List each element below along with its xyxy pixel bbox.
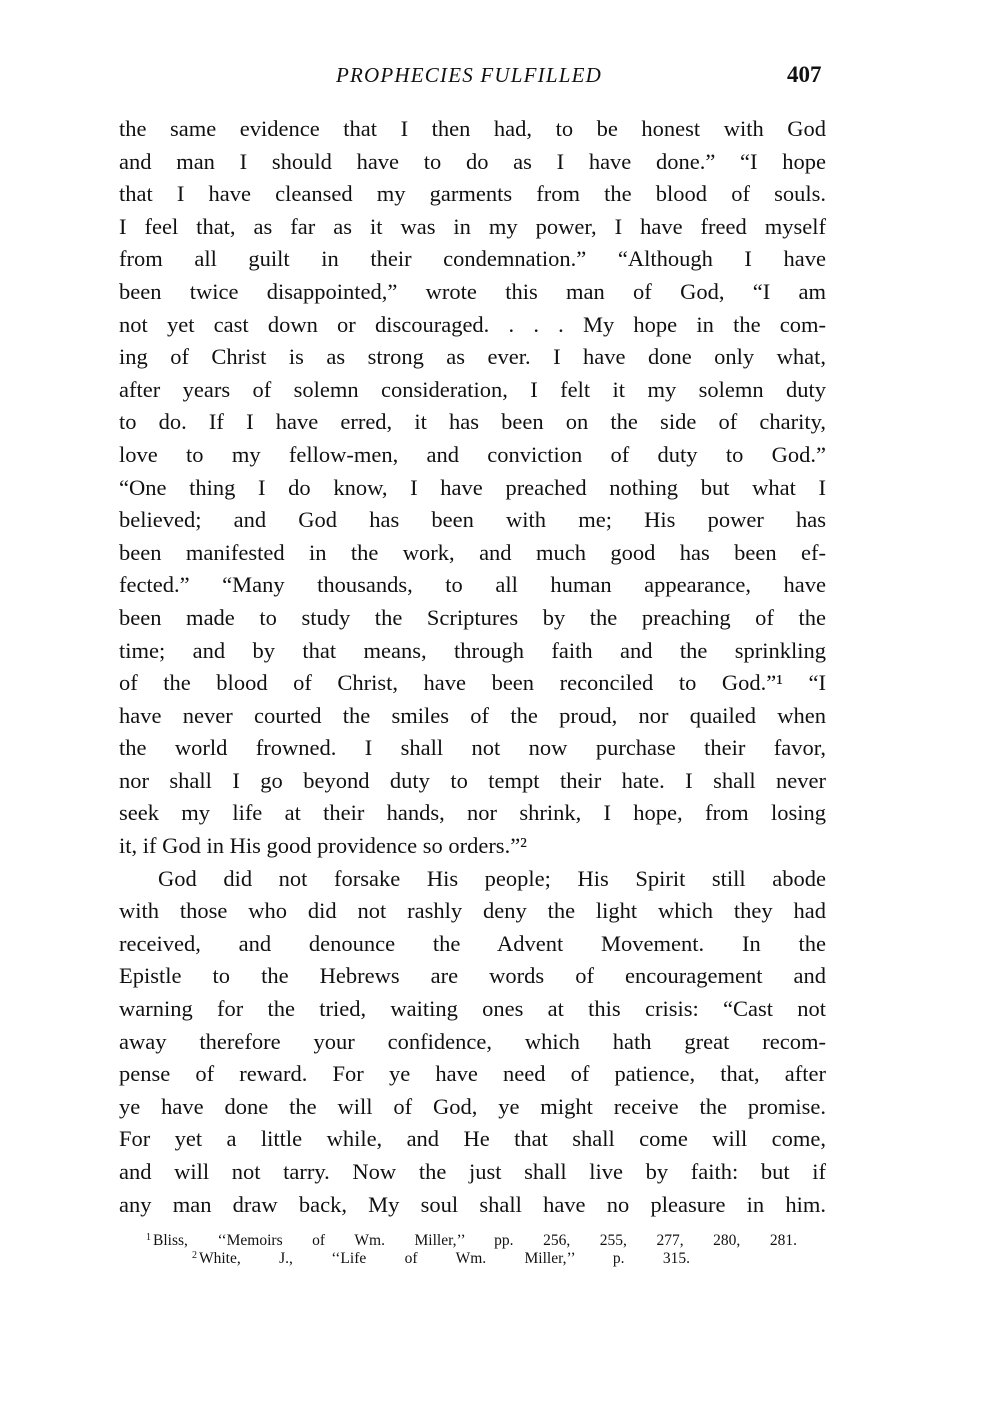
running-head: PROPHECIES FULFILLED 407 [119, 60, 826, 90]
text-line: not yet cast down or discouraged. . . . … [119, 309, 826, 342]
footnote-2: 2White, J., ‘‘Life of Wm. Miller,’’ p. 3… [192, 1247, 690, 1268]
text-line: that I have cleansed my garments from th… [119, 178, 826, 211]
text-line: the same evidence that I then had, to be… [119, 113, 826, 146]
text-line: For yet a little while, and He that shal… [119, 1123, 826, 1156]
text-line: of the blood of Christ, have been reconc… [119, 667, 826, 700]
text-line: ing of Christ is as strong as ever. I ha… [119, 341, 826, 374]
text-line: to do. If I have erred, it has been on t… [119, 406, 826, 439]
text-line: “One thing I do know, I have preached no… [119, 472, 826, 505]
text-line: any man draw back, My soul shall have no… [119, 1189, 826, 1222]
text-line: with those who did not rashly deny the l… [119, 895, 826, 928]
text-line: been twice disappointed,” wrote this man… [119, 276, 826, 309]
book-page: PROPHECIES FULFILLED 407 the same eviden… [0, 0, 1000, 1407]
text-line: Epistle to the Hebrews are words of enco… [119, 960, 826, 993]
text-line: away therefore your confidence, which ha… [119, 1026, 826, 1059]
text-line: nor shall I go beyond duty to tempt thei… [119, 765, 826, 798]
text-line: been made to study the Scriptures by the… [119, 602, 826, 635]
paragraph-continuation: the same evidence that I then had, to be… [119, 113, 826, 863]
page-number: 407 [787, 60, 822, 90]
text-line: it, if God in His good providence so ord… [119, 830, 826, 863]
footnote-text: White, J., ‘‘Life of Wm. Miller,’’ p. 31… [199, 1250, 690, 1267]
text-line: God did not forsake His people; His Spir… [119, 863, 826, 896]
text-line: fected.” “Many thousands, to all human a… [119, 569, 826, 602]
text-line: after years of solemn consideration, I f… [119, 374, 826, 407]
body-text: the same evidence that I then had, to be… [119, 113, 826, 1221]
text-line: time; and by that means, through faith a… [119, 635, 826, 668]
text-line: from all guilt in their condemnation.” “… [119, 243, 826, 276]
text-line: the world frowned. I shall not now purch… [119, 732, 826, 765]
text-line: believed; and God has been with me; His … [119, 504, 826, 537]
text-line: been manifested in the work, and much go… [119, 537, 826, 570]
text-line: have never courted the smiles of the pro… [119, 700, 826, 733]
text-line: warning for the tried, waiting ones at t… [119, 993, 826, 1026]
text-line: received, and denounce the Advent Moveme… [119, 928, 826, 961]
footnote-mark: 2 [192, 1250, 197, 1261]
text-line: pense of reward. For ye have need of pat… [119, 1058, 826, 1091]
text-line: and man I should have to do as I have do… [119, 146, 826, 179]
text-line: and will not tarry. Now the just shall l… [119, 1156, 826, 1189]
text-line: I feel that, as far as it was in my powe… [119, 211, 826, 244]
footnote-mark: 1 [146, 1232, 151, 1243]
text-line: ye have done the will of God, ye might r… [119, 1091, 826, 1124]
text-line: love to my fellow-men, and conviction of… [119, 439, 826, 472]
paragraph: God did not forsake His people; His Spir… [119, 863, 826, 1222]
text-line: seek my life at their hands, nor shrink,… [119, 797, 826, 830]
running-title: PROPHECIES FULFILLED [312, 60, 626, 90]
